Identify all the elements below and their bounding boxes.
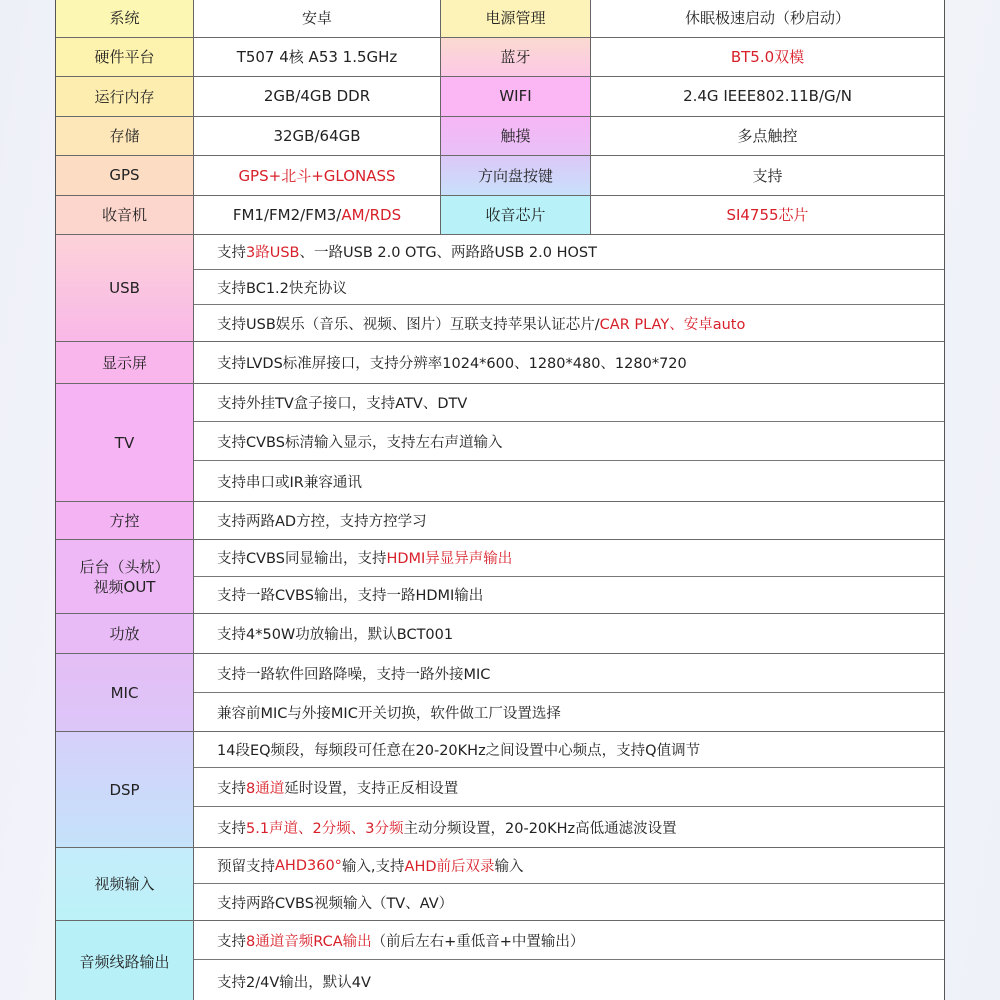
text: 支持CVBS标清输入显示，支持左右声道输入 [217,431,502,452]
label-radio: 收音机 [56,196,194,236]
highlight: 5.1声道、2分频、3分频 [246,817,404,838]
label-wifi: WIFI [441,77,591,117]
usb-row-1: 支持3路USB、一路USB 2.0 OTG、两路路USB 2.0 HOST [194,235,944,270]
text: 支持 [217,930,246,951]
dsp-row-2: 支持8通道延时设置，支持正反相设置 [194,768,944,807]
highlight: 3路USB [246,241,300,262]
value-storage: 32GB/64GB [194,117,441,157]
section-label-usb: USB [56,235,194,341]
tv-row-2: 支持CVBS标清输入显示，支持左右声道输入 [194,422,944,462]
text: 输入,支持 [342,855,405,876]
audio-out-row-2: 支持2/4V输出，默认4V [194,960,944,1000]
value-radio-highlight: AM/RDS [341,206,401,224]
rear-row-1: 支持CVBS同显输出，支持HDMI异显异声输出 [194,540,944,577]
value-system: 安卓 [194,0,441,38]
section-amplifier: 功放 支持4*50W功放输出，默认BCT001 [56,614,944,654]
text: 支持BC1.2快充协议 [217,277,347,298]
label-power: 电源管理 [441,0,591,38]
text: 主动分频设置，20-20KHz高低通滤波设置 [404,817,677,838]
text: 支持两路AD方控，支持方控学习 [217,510,427,531]
text: （前后左右+重低音+中置输出） [372,930,585,951]
mic-row-1: 支持一路软件回路降噪，支持一路外接MIC [194,654,944,693]
text: 支持 [217,777,246,798]
section-label-audio-line-out: 音频线路输出 [56,921,194,1000]
amp-row-1: 支持4*50W功放输出，默认BCT001 [194,614,944,653]
value-radio-chip: SI4755芯片 [591,196,944,236]
highlight: AHD前后双录 [405,855,495,876]
text: 支持外挂TV盒子接口，支持ATV、DTV [217,392,467,413]
section-usb: USB 支持3路USB、一路USB 2.0 OTG、两路路USB 2.0 HOS… [56,235,944,342]
section-label-dsp: DSP [56,732,194,847]
value-power: 休眠极速启动（秒启动） [591,0,944,38]
text: 兼容前MIC与外接MIC开关切换，软件做工厂设置选择 [217,702,561,723]
highlight: CAR PLAY、安卓auto [600,313,746,334]
section-label-amplifier: 功放 [56,614,194,653]
value-gps: GPS+北斗+GLONASS [194,156,441,196]
label-system: 系统 [56,0,194,38]
dsp-row-3: 支持5.1声道、2分频、3分频主动分频设置，20-20KHz高低通滤波设置 [194,807,944,847]
highlight: 8通道音频RCA输出 [246,930,372,951]
label-steering-keys: 方向盘按键 [441,156,591,196]
highlight: HDMI异显异声输出 [386,547,512,568]
label-line-2: 视频OUT [94,577,156,597]
text: 支持串口或IR兼容通讯 [217,471,362,492]
value-radio-text: FM1/FM2/FM3/ [233,206,342,224]
mic-row-2: 兼容前MIC与外接MIC开关切换，软件做工厂设置选择 [194,693,944,731]
spec-table: 系统 安卓 电源管理 休眠极速启动（秒启动） 硬件平台 T507 4核 A53 … [55,0,945,1000]
section-label-tv: TV [56,384,194,501]
text: 支持一路CVBS输出，支持一路HDMI输出 [217,584,483,605]
section-display: 显示屏 支持LVDS标准屏接口，支持分辨率1024*600、1280*480、1… [56,342,944,384]
section-video-input: 视频输入 预留支持AHD360°输入,支持AHD前后双录输入 支持两路CVBS视… [56,848,944,921]
label-bluetooth: 蓝牙 [441,38,591,78]
label-hardware: 硬件平台 [56,38,194,78]
tv-row-1: 支持外挂TV盒子接口，支持ATV、DTV [194,384,944,422]
text: 预留支持 [217,855,275,876]
text: 支持LVDS标准屏接口，支持分辨率1024*600、1280*480、1280*… [217,352,687,373]
text: 支持USB娱乐（音乐、视频、图片）互联支持苹果认证芯片/ [217,313,600,334]
section-audio-line-out: 音频线路输出 支持8通道音频RCA输出（前后左右+重低音+中置输出） 支持2/4… [56,921,944,1000]
display-row-1: 支持LVDS标准屏接口，支持分辨率1024*600、1280*480、1280*… [194,342,944,383]
value-radio: FM1/FM2/FM3/AM/RDS [194,196,441,236]
value-wifi: 2.4G IEEE802.11B/G/N [591,77,944,117]
audio-out-row-1: 支持8通道音频RCA输出（前后左右+重低音+中置输出） [194,921,944,960]
text: 支持CVBS同显输出，支持 [217,547,386,568]
label-ram: 运行内存 [56,77,194,117]
text: 支持2/4V输出，默认4V [217,971,371,992]
usb-row-2: 支持BC1.2快充协议 [194,270,944,306]
label-storage: 存储 [56,117,194,157]
section-mic: MIC 支持一路软件回路降噪，支持一路外接MIC 兼容前MIC与外接MIC开关切… [56,654,944,732]
highlight: AHD360° [275,858,342,874]
section-rear-video-out: 后台（头枕） 视频OUT 支持CVBS同显输出，支持HDMI异显异声输出 支持一… [56,540,944,614]
value-bluetooth: BT5.0双模 [591,38,944,78]
video-in-row-2: 支持两路CVBS视频输入（TV、AV） [194,884,944,920]
section-label-mic: MIC [56,654,194,731]
section-tv: TV 支持外挂TV盒子接口，支持ATV、DTV 支持CVBS标清输入显示，支持左… [56,384,944,502]
tv-row-3: 支持串口或IR兼容通讯 [194,461,944,501]
value-touch: 多点触控 [591,117,944,157]
text: 延时设置，支持正反相设置 [284,777,458,798]
value-ram: 2GB/4GB DDR [194,77,441,117]
usb-row-3: 支持USB娱乐（音乐、视频、图片）互联支持苹果认证芯片/CAR PLAY、安卓a… [194,305,944,341]
spec-top-grid: 系统 安卓 电源管理 休眠极速启动（秒启动） 硬件平台 T507 4核 A53 … [56,0,944,235]
label-touch: 触摸 [441,117,591,157]
text: 14段EQ频段，每频段可任意在20-20KHz之间设置中心频点，支持Q值调节 [217,739,700,760]
section-label-display: 显示屏 [56,342,194,383]
steering-row-1: 支持两路AD方控，支持方控学习 [194,502,944,539]
label-gps: GPS [56,156,194,196]
section-label-steering-control: 方控 [56,502,194,539]
text: 支持一路软件回路降噪，支持一路外接MIC [217,663,490,684]
text: 支持 [217,241,246,262]
value-hardware: T507 4核 A53 1.5GHz [194,38,441,78]
dsp-row-1: 14段EQ频段，每频段可任意在20-20KHz之间设置中心频点，支持Q值调节 [194,732,944,768]
text: 输入 [495,855,524,876]
video-in-row-1: 预留支持AHD360°输入,支持AHD前后双录输入 [194,848,944,884]
highlight: 8通道 [246,777,284,798]
section-label-video-input: 视频输入 [56,848,194,920]
section-dsp: DSP 14段EQ频段，每频段可任意在20-20KHz之间设置中心频点，支持Q值… [56,732,944,848]
text: 支持4*50W功放输出，默认BCT001 [217,623,453,644]
value-steering-keys: 支持 [591,156,944,196]
section-steering-control: 方控 支持两路AD方控，支持方控学习 [56,502,944,540]
rear-row-2: 支持一路CVBS输出，支持一路HDMI输出 [194,577,944,614]
text: 、一路USB 2.0 OTG、两路路USB 2.0 HOST [300,241,597,262]
label-radio-chip: 收音芯片 [441,196,591,236]
section-label-rear-video-out: 后台（头枕） 视频OUT [56,540,194,613]
label-line-1: 后台（头枕） [79,557,169,577]
text: 支持 [217,817,246,838]
text: 支持两路CVBS视频输入（TV、AV） [217,892,453,913]
